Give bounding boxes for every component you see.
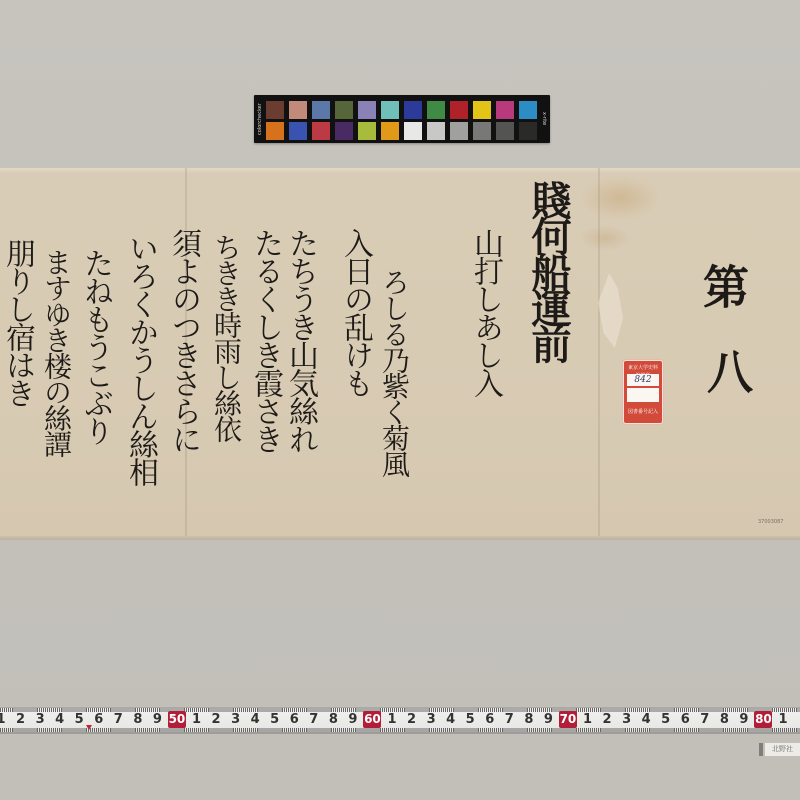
color-swatch bbox=[358, 101, 376, 119]
ruler-number: 1 bbox=[0, 712, 8, 727]
ruler-number: 1 bbox=[776, 712, 790, 727]
ruler-number: 1 bbox=[385, 712, 399, 727]
publisher-mark: 北野社 bbox=[765, 743, 800, 756]
ruler-marker-icon bbox=[86, 725, 92, 730]
color-swatch bbox=[266, 101, 284, 119]
label-footer: 図書番号記入 bbox=[626, 407, 660, 417]
ruler-number: 3 bbox=[424, 712, 438, 727]
ruler-number: 9 bbox=[541, 712, 555, 727]
ruler-number: 4 bbox=[444, 712, 458, 727]
ruler-number: 5 bbox=[268, 712, 282, 727]
paper-seam bbox=[598, 168, 600, 540]
text-column-8: 須よのつきさらに bbox=[168, 228, 198, 452]
text-column-2: 山打しあし入 bbox=[470, 228, 500, 396]
color-swatch bbox=[312, 122, 330, 140]
ruler-number: 5 bbox=[659, 712, 673, 727]
color-swatch-grid bbox=[266, 101, 537, 140]
handscroll-paper: 東京大学史料編纂所 842 図書番号記入 第 八 賤何船運前 山打しあし入 ろし… bbox=[0, 168, 800, 540]
text-column-11: ますゆき楼の絲譚 bbox=[42, 248, 70, 456]
ruler-number: 8 bbox=[717, 712, 731, 727]
ruler-number: 7 bbox=[111, 712, 125, 727]
ruler-number: 9 bbox=[346, 712, 360, 727]
ruler-number: 9 bbox=[737, 712, 751, 727]
color-swatch bbox=[427, 101, 445, 119]
color-swatch bbox=[404, 122, 422, 140]
color-swatch bbox=[427, 122, 445, 140]
ruler-number: 2 bbox=[405, 712, 419, 727]
label-header: 東京大学史料編纂所 bbox=[626, 364, 660, 372]
color-swatch bbox=[450, 122, 468, 140]
color-swatch bbox=[289, 101, 307, 119]
ruler-number: 5 bbox=[72, 712, 86, 727]
ruler-number: 7 bbox=[502, 712, 516, 727]
ruler-number: 8 bbox=[131, 712, 145, 727]
text-column-9: いろくかうしん絲相 bbox=[125, 233, 155, 485]
color-swatch bbox=[335, 101, 353, 119]
title-char-hachi: 八 bbox=[704, 348, 750, 394]
ruler-number: 7 bbox=[698, 712, 712, 727]
color-swatch bbox=[335, 122, 353, 140]
color-swatch bbox=[450, 101, 468, 119]
photo-background: colorchecker x-rite 東京大学史料編纂所 842 図書番号記入… bbox=[0, 0, 800, 800]
ruler-number: 4 bbox=[639, 712, 653, 727]
color-swatch bbox=[473, 122, 491, 140]
ruler-number: 1 bbox=[190, 712, 204, 727]
ruler-number: 2 bbox=[209, 712, 223, 727]
colorchecker-brand: colorchecker bbox=[256, 99, 264, 139]
ruler-number: 3 bbox=[33, 712, 47, 727]
label-number: 842 bbox=[627, 374, 659, 386]
color-swatch bbox=[312, 101, 330, 119]
ruler-number: 6 bbox=[92, 712, 106, 727]
color-swatch bbox=[519, 122, 537, 140]
ruler-number: 7 bbox=[307, 712, 321, 727]
color-swatch bbox=[404, 101, 422, 119]
ruler-number: 5 bbox=[463, 712, 477, 727]
color-swatch bbox=[289, 122, 307, 140]
color-swatch bbox=[266, 122, 284, 140]
text-column-5: たちうき山気絲れ bbox=[285, 228, 315, 452]
color-swatch bbox=[473, 101, 491, 119]
text-column-4: 入日の乱けも bbox=[340, 228, 370, 396]
color-swatch bbox=[358, 122, 376, 140]
xrite-brand: x-rite bbox=[540, 99, 548, 139]
text-column-3: ろしる乃紫く菊風 bbox=[380, 268, 408, 476]
ruler-number: 4 bbox=[248, 712, 262, 727]
text-column-1: 賤何船運前 bbox=[528, 180, 568, 360]
label-blank-field bbox=[627, 388, 659, 402]
ruler-number: 8 bbox=[326, 712, 340, 727]
library-label: 東京大学史料編纂所 842 図書番号記入 bbox=[623, 360, 663, 424]
text-column-6: たるくしき霞さき bbox=[250, 228, 280, 452]
ruler-number: 6 bbox=[287, 712, 301, 727]
title-char-dai: 第 bbox=[700, 263, 746, 309]
color-checker-card: colorchecker x-rite bbox=[254, 95, 550, 143]
measuring-tape: 1234567895012345678960123456789701234567… bbox=[0, 707, 800, 734]
text-column-12: 朋りし宿はき bbox=[2, 238, 32, 406]
color-swatch bbox=[496, 122, 514, 140]
catalog-number: 37003087 bbox=[758, 519, 783, 525]
color-swatch bbox=[496, 101, 514, 119]
ruler-major-number: 60 bbox=[363, 711, 381, 728]
ruler-number: 3 bbox=[620, 712, 634, 727]
paper-damage bbox=[598, 273, 626, 348]
ruler-major-number: 80 bbox=[754, 711, 772, 728]
ruler-number: 2 bbox=[14, 712, 28, 727]
color-swatch bbox=[381, 122, 399, 140]
text-column-7: ちきき時雨し絲依 bbox=[212, 233, 240, 441]
ruler-number: 6 bbox=[678, 712, 692, 727]
ruler-number: 6 bbox=[483, 712, 497, 727]
color-swatch bbox=[519, 101, 537, 119]
text-column-10: たねもうこぶり bbox=[80, 248, 110, 444]
ruler-number: 9 bbox=[150, 712, 164, 727]
color-swatch bbox=[381, 101, 399, 119]
ruler-number: 4 bbox=[53, 712, 67, 727]
ruler-major-number: 50 bbox=[168, 711, 186, 728]
ruler-number: 3 bbox=[229, 712, 243, 727]
ruler-number: 8 bbox=[522, 712, 536, 727]
ruler-major-number: 70 bbox=[559, 711, 577, 728]
ruler-number: 1 bbox=[581, 712, 595, 727]
ruler-number: 2 bbox=[600, 712, 614, 727]
